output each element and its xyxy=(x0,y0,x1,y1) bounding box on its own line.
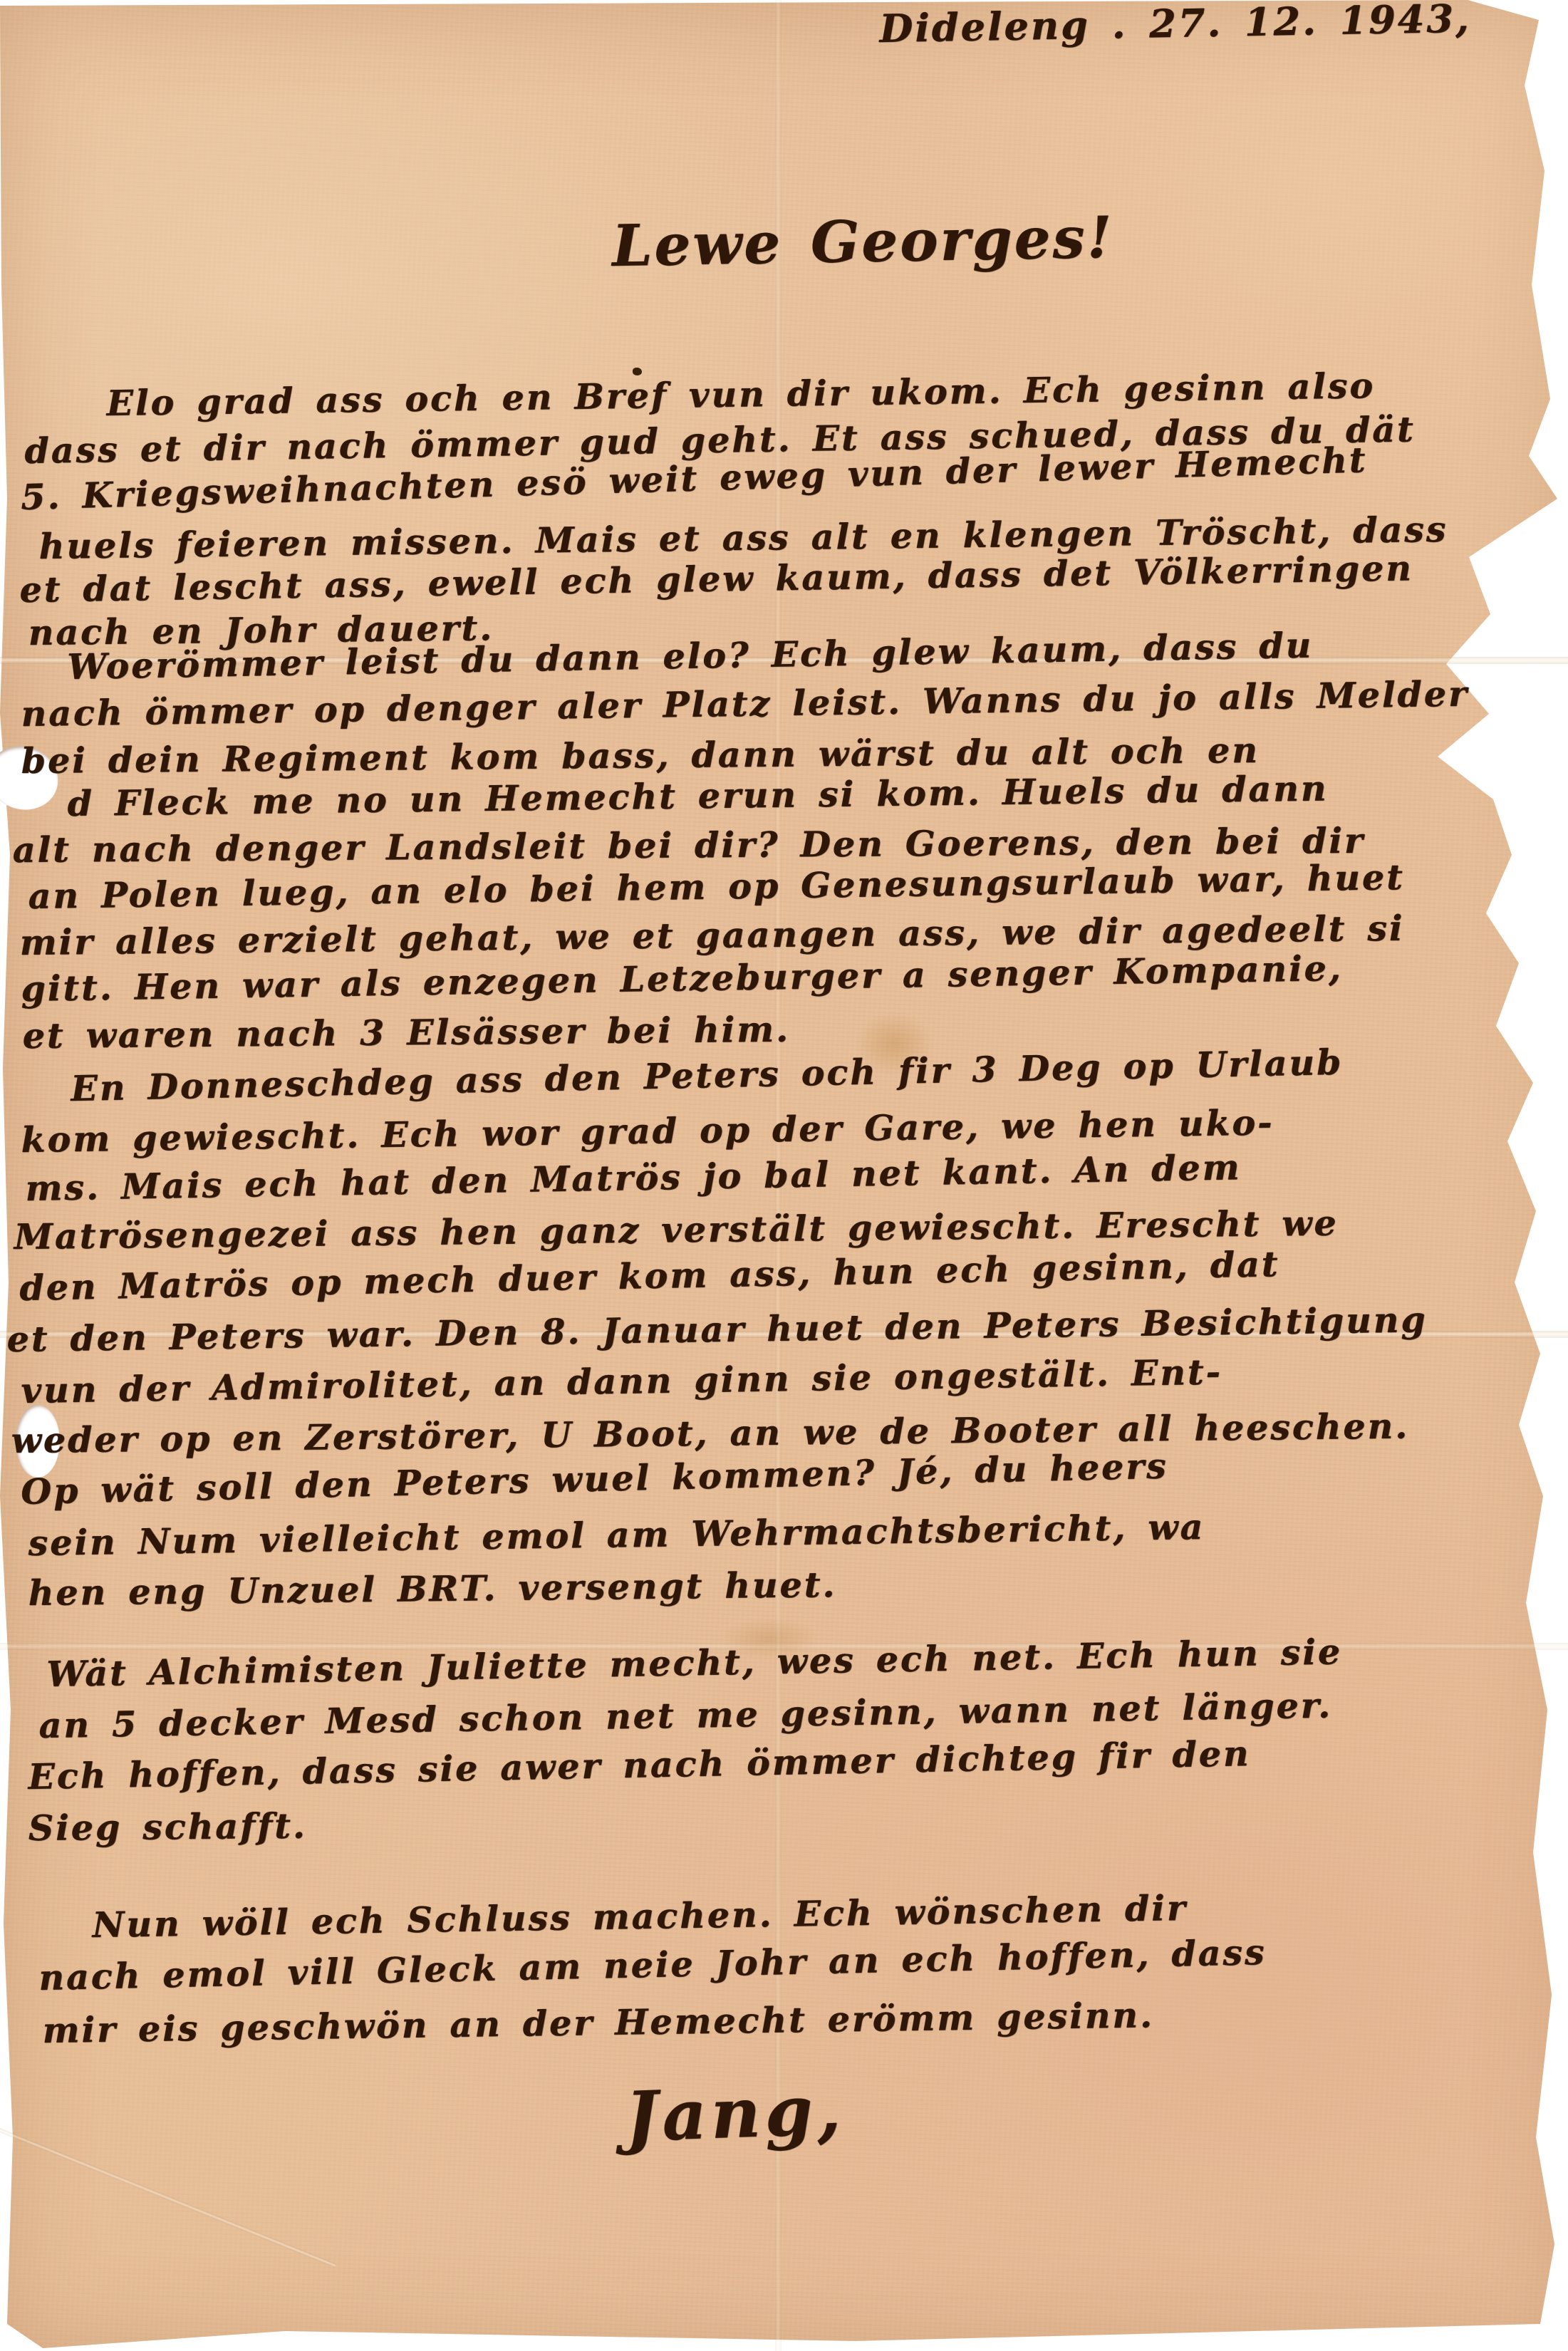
letter-line: Sieg schafft. xyxy=(28,1805,307,1849)
letter-line: hen eng Unzuel BRT. versengt huet. xyxy=(28,1563,836,1614)
letter-line: et waren nach 3 Elsässer bei him. xyxy=(22,1008,790,1057)
signature: Jang, xyxy=(624,2069,846,2157)
scanned-letter: Dideleng . 27. 12. 1943, Lewe Georges! E… xyxy=(0,0,1568,2351)
salutation: Lewe Georges! xyxy=(611,204,1114,279)
